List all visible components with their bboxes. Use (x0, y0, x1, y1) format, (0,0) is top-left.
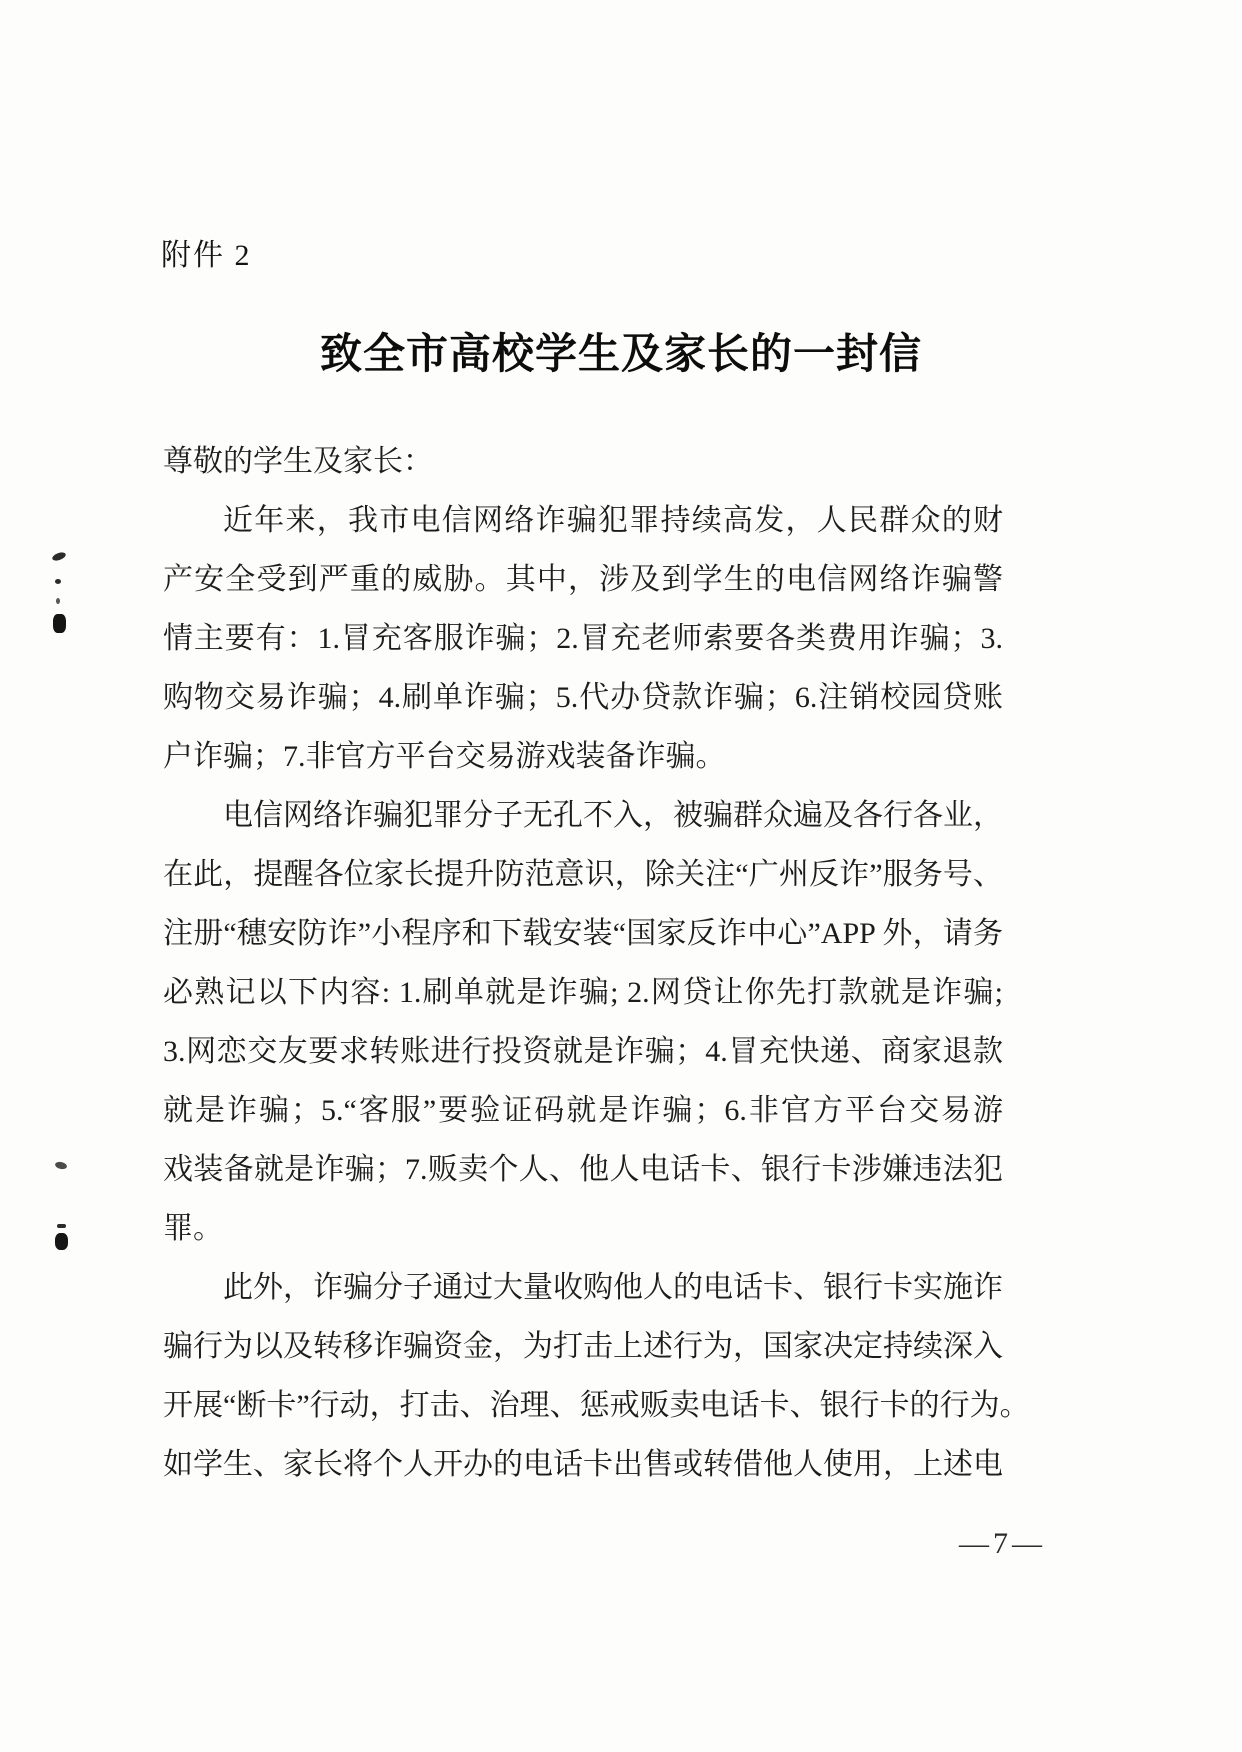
page-title: 致全市高校学生及家长的一封信 (0, 328, 1242, 380)
page-number: —7— (959, 1526, 1046, 1562)
scan-artifact (51, 551, 67, 562)
body-line: 产安全受到严重的威胁。其中，涉及到学生的电信网络诈骗警 (163, 550, 1003, 609)
scan-artifact (56, 598, 60, 604)
attachment-label: 附件 2 (161, 238, 252, 274)
scan-artifact (57, 1224, 66, 1228)
body-line: 情主要有：1.冒充客服诈骗；2.冒充老师索要各类费用诈骗；3. (163, 609, 1003, 668)
body-line: 开展“断卡”行动，打击、治理、惩戒贩卖电话卡、银行卡的行为。 (163, 1376, 1003, 1435)
body-line: 罪。 (163, 1199, 1003, 1258)
scan-artifact (54, 1161, 67, 1170)
body-line: 电信网络诈骗犯罪分子无孔不入，被骗群众遍及各行各业， (163, 786, 1003, 845)
salutation: 尊敬的学生及家长： (163, 432, 1003, 491)
body-line: 就是诈骗；5.“客服”要验证码就是诈骗；6.非官方平台交易游 (163, 1081, 1003, 1140)
body-line: 必熟记以下内容: 1.刷单就是诈骗; 2.网贷让你先打款就是诈骗; (163, 963, 1003, 1022)
scan-artifact (53, 614, 66, 633)
letter-body: 尊敬的学生及家长： 近年来，我市电信网络诈骗犯罪持续高发，人民群众的财 产安全受… (163, 432, 1003, 1494)
body-line: 户诈骗；7.非官方平台交易游戏装备诈骗。 (163, 727, 1003, 786)
body-line: 此外，诈骗分子通过大量收购他人的电话卡、银行卡实施诈 (163, 1258, 1003, 1317)
body-line: 如学生、家长将个人开办的电话卡出售或转借他人使用，上述电 (163, 1435, 1003, 1494)
body-line: 骗行为以及转移诈骗资金，为打击上述行为，国家决定持续深入 (163, 1317, 1003, 1376)
body-line: 注册“穗安防诈”小程序和下载安装“国家反诈中心”APP 外，请务 (163, 904, 1003, 963)
body-line: 近年来，我市电信网络诈骗犯罪持续高发，人民群众的财 (163, 491, 1003, 550)
body-line: 3.网恋交友要求转账进行投资就是诈骗；4.冒充快递、商家退款 (163, 1022, 1003, 1081)
document-page: 附件 2 致全市高校学生及家长的一封信 尊敬的学生及家长： 近年来，我市电信网络… (0, 0, 1242, 1752)
body-line: 购物交易诈骗；4.刷单诈骗；5.代办贷款诈骗；6.注销校园贷账 (163, 668, 1003, 727)
scan-artifact (55, 579, 61, 584)
body-line: 戏装备就是诈骗；7.贩卖个人、他人电话卡、银行卡涉嫌违法犯 (163, 1140, 1003, 1199)
scan-artifact (55, 1233, 68, 1250)
body-line: 在此，提醒各位家长提升防范意识，除关注“广州反诈”服务号、 (163, 845, 1003, 904)
